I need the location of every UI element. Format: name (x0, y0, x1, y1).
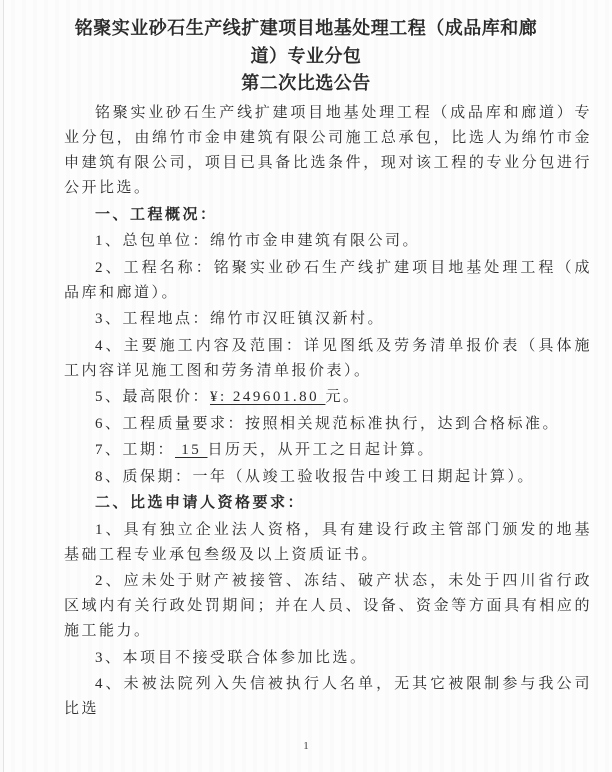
item-text: 1、总包单位：绵竹市金申建筑有限公司。 (95, 233, 420, 249)
item-text: 4、主要施工内容及范围：详见图纸及劳务清单报价表（具体施工内容详见施工图和劳务清… (64, 338, 592, 379)
underlined-value: 15 (175, 442, 208, 458)
item-text: 8、质保期：一年（从竣工验收报告中竣工日期起计算）。 (95, 469, 535, 485)
document-page: 铭聚实业砂石生产线扩建项目地基处理工程（成品库和廊 道）专业分包 第二次比选公告… (0, 0, 612, 772)
item-text: 日历天，从开工之日起计算。 (208, 442, 436, 458)
sections-container: 一、工程概况：1、总包单位：绵竹市金申建筑有限公司。2、工程名称：铭聚实业砂石生… (64, 203, 592, 723)
list-item: 8、质保期：一年（从竣工验收报告中竣工日期起计算）。 (64, 465, 592, 490)
title-line-2: 道）专业分包 (30, 42, 582, 70)
scan-edge-artifact (3, 0, 4, 772)
list-item: 7、工期： 15 日历天，从开工之日起计算。 (64, 438, 592, 463)
list-item: 3、本项目不接受联合体参加比选。 (64, 646, 592, 671)
item-text: 2、工程名称：铭聚实业砂石生产线扩建项目地基处理工程（成品库和廊道）。 (64, 260, 592, 301)
underlined-value: ¥: 249601.80 (210, 389, 325, 405)
list-item: 2、应未处于财产被接管、冻结、破产状态，未处于四川省行政区域内有关行政处罚期间；… (64, 569, 592, 644)
intro-paragraph: 铭聚实业砂石生产线扩建项目地基处理工程（成品库和廊道）专业分包，由绵竹市金申建筑… (64, 101, 592, 201)
item-text: 3、本项目不接受联合体参加比选。 (95, 650, 368, 666)
item-text: 1、具有独立企业法人资格，具有建设行政主管部门颁发的地基基础工程专业承包叁级及以… (64, 522, 592, 563)
list-item: 1、总包单位：绵竹市金申建筑有限公司。 (64, 229, 592, 254)
title-line-1: 铭聚实业砂石生产线扩建项目地基处理工程（成品库和廊 (30, 14, 582, 42)
list-item: 2、工程名称：铭聚实业砂石生产线扩建项目地基处理工程（成品库和廊道）。 (64, 256, 592, 306)
document-body: 铭聚实业砂石生产线扩建项目地基处理工程（成品库和廊道）专业分包，由绵竹市金申建筑… (64, 101, 592, 722)
list-item: 3、工程地点：绵竹市汉旺镇汉新村。 (64, 307, 592, 332)
document-subtitle: 第二次比选公告 (30, 70, 582, 97)
list-item: 4、未被法院列入失信被执行人名单，无其它被限制参与我公司比选 (64, 672, 592, 722)
item-text: 2、应未处于财产被接管、冻结、破产状态，未处于四川省行政区域内有关行政处罚期间；… (64, 573, 592, 639)
list-item: 5、最高限价：¥: 249601.80 元。 (64, 385, 592, 410)
page-number: 1 (0, 740, 612, 752)
list-item: 1、具有独立企业法人资格，具有建设行政主管部门颁发的地基基础工程专业承包叁级及以… (64, 518, 592, 568)
item-text: 3、工程地点：绵竹市汉旺镇汉新村。 (95, 311, 385, 327)
section-heading: 二、比选申请人资格要求： (64, 491, 592, 516)
item-text: 6、工程质量要求：按照相关规范标准执行，达到合格标准。 (95, 416, 560, 432)
document-title: 铭聚实业砂石生产线扩建项目地基处理工程（成品库和廊 道）专业分包 (30, 14, 582, 70)
list-item: 4、主要施工内容及范围：详见图纸及劳务清单报价表（具体施工内容详见施工图和劳务清… (64, 334, 592, 384)
item-text: 元。 (325, 389, 360, 405)
list-item: 6、工程质量要求：按照相关规范标准执行，达到合格标准。 (64, 412, 592, 437)
item-text: 7、工期： (95, 442, 175, 458)
item-text: 5、最高限价： (95, 389, 210, 405)
section-heading: 一、工程概况： (64, 203, 592, 228)
item-text: 4、未被法院列入失信被执行人名单，无其它被限制参与我公司比选 (64, 676, 592, 717)
